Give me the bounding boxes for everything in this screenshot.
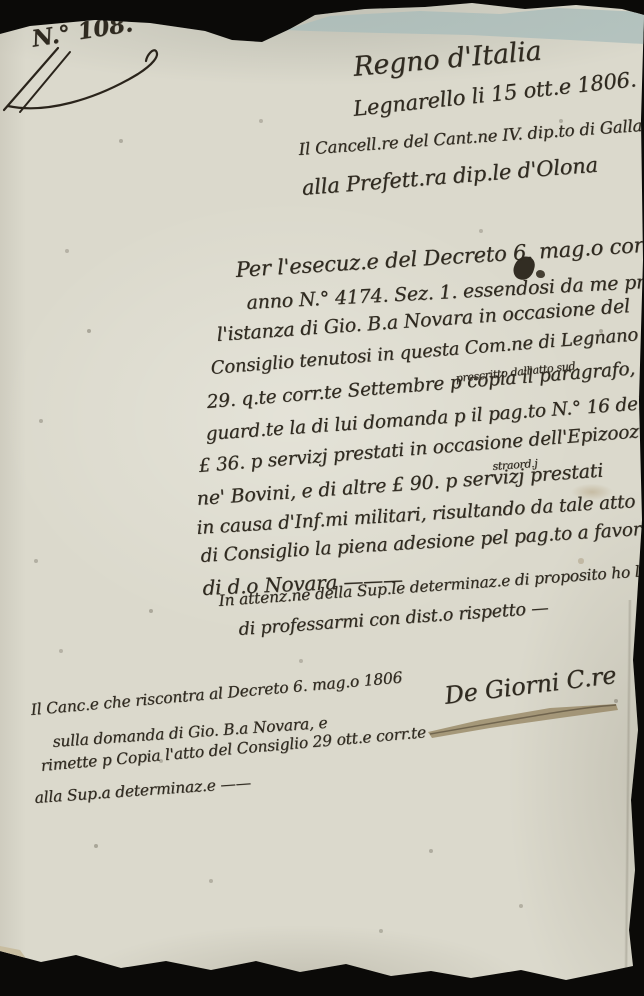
registry-note-line: Il Canc.e che riscontra al Decreto 6. ma… <box>30 669 403 719</box>
signature-flourish-icon <box>420 698 630 742</box>
document-page: N.° 108. Regno d'Italia Legnarello li 15… <box>0 0 644 996</box>
state-title: Regno d'Italia <box>352 36 543 83</box>
corner-paper-scrap <box>0 938 34 980</box>
paper-foxing-specks <box>0 0 2 2</box>
paper-crease <box>624 600 632 970</box>
recipient-line: alla Prefett.ra dip.le d'Olona <box>301 153 599 200</box>
registry-note-line: alla Sup.a determinaz.e —— <box>34 774 251 807</box>
photo-background: N.° 108. Regno d'Italia Legnarello li 15… <box>0 0 644 996</box>
